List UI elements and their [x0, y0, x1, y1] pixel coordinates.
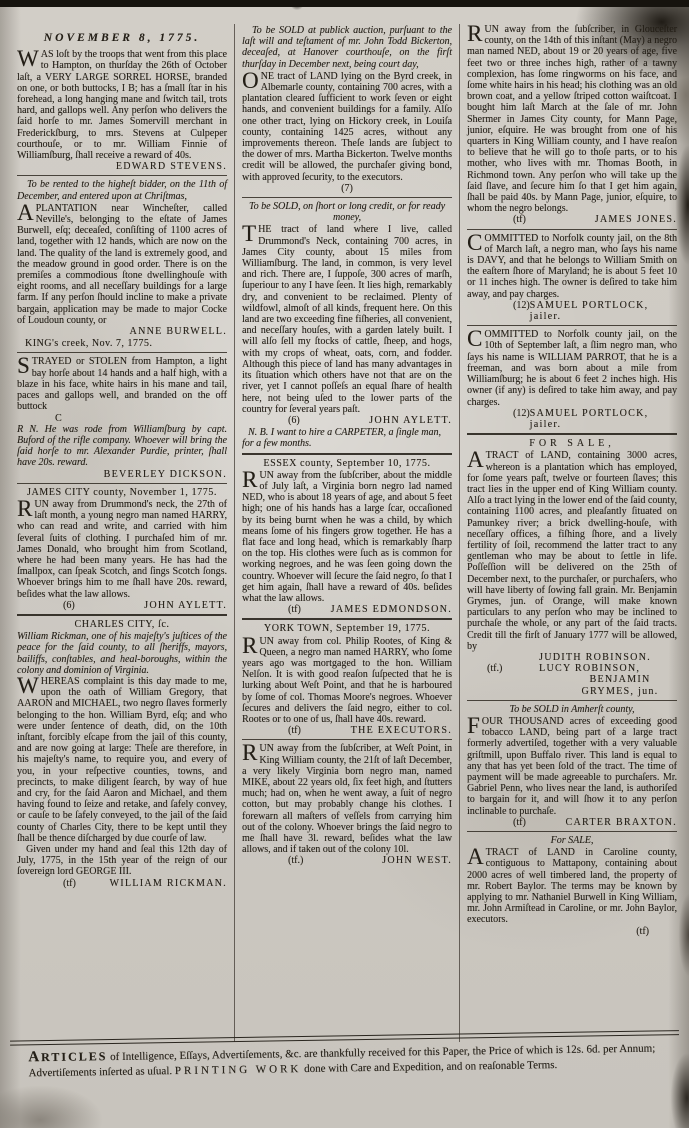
drop-cap: R: [242, 636, 259, 656]
ad-signature-line: (6)JOHN AYLETT.: [242, 415, 452, 426]
ad-ref: (6): [63, 600, 75, 611]
drop-cap: A: [17, 203, 36, 223]
ad-text: HE tract of land where I live, called Dr…: [242, 224, 452, 414]
ad-runaway-harry-yorktown: YORK TOWN, September 19, 1775. RUN away …: [242, 623, 452, 736]
ad-signature-line: (tf)WILLIAM RICKMAN.: [17, 878, 227, 889]
ad-signature-line: (tf.)JOHN WEST.: [242, 855, 452, 866]
column-2: To be SOLD at publick auction, purſuant …: [234, 24, 459, 1042]
ad-text: TRAYED or STOLEN from Hampton, a light b…: [17, 356, 227, 412]
ad-signature: BENJAMIN GRYMES, jun.: [467, 674, 677, 696]
ad-signature: SAMUEL PORTLOCK, jailer.: [530, 300, 677, 322]
ad-ref: (tf.): [288, 855, 303, 866]
ad-signature: ANNE BURWELL.: [130, 326, 227, 337]
drop-cap: F: [467, 716, 482, 736]
ad-dateline: JAMES CITY county, November 1, 1775.: [17, 487, 227, 498]
ad-text: UN away from Drummond's neck, the 27th o…: [17, 499, 227, 600]
ad-body: APLANTATION near Wincheſter, called Nevi…: [17, 203, 227, 326]
ad-signature: JAMES EDMONDSON.: [331, 604, 452, 615]
ad-signature: SAMUEL PORTLOCK, jailer.: [530, 408, 677, 430]
ad-plantation-winchester: To be rented to the higheſt bidder, on t…: [17, 179, 227, 349]
drop-cap: R: [17, 499, 34, 519]
divider-rule: [242, 739, 452, 740]
ad-signature-line: (12)SAMUEL PORTLOCK, jailer.: [467, 408, 677, 430]
imprint-text: ARTICLES of Intelligence, Eſſays, Advert…: [8, 1040, 681, 1081]
newspaper-page: NOVEMBER 8, 1775. WAS loſt by the troops…: [0, 0, 689, 1128]
ad-land-sale-robinson: FOR SALE, ATRACT of LAND, containing 300…: [467, 438, 677, 697]
drop-cap: C: [467, 233, 484, 253]
ad-body: RUN away from Drummond's neck, the 27th …: [17, 499, 227, 600]
ad-text: AS loſt by the troops that went from thi…: [17, 49, 227, 161]
ad-signature: JOHN AYLETT.: [144, 600, 227, 611]
ad-signature-block: JUDITH ROBINSON. (tf.)LUCY ROBINSON, BEN…: [467, 652, 677, 697]
ad-signature: BEVERLEY DICKSON.: [104, 469, 227, 480]
ad-postscript: N. B. I want to hire a CARPETER, a ſingl…: [242, 427, 452, 449]
ad-text: OUR THOUSAND acres of exceeding good tob…: [467, 716, 677, 817]
ad-ref: (12): [513, 408, 530, 430]
ad-signature-line: EDWARD STEVENS.: [17, 161, 227, 172]
imprint-lead: RTICLES: [41, 1049, 107, 1064]
columns-container: NOVEMBER 8, 1775. WAS loſt by the troops…: [10, 24, 684, 1042]
divider-rule: [467, 700, 677, 701]
ad-body: FOUR THOUSAND acres of exceeding good to…: [467, 716, 677, 817]
ad-signature: JOHN WEST.: [382, 855, 452, 866]
ad-text: TRACT of LAND in Caroline county, contig…: [467, 847, 677, 925]
ad-ref: (tf): [288, 604, 301, 615]
drop-cap: R: [242, 470, 259, 490]
ad-signature-line: ANNE BURWELL.: [17, 326, 227, 337]
ad-body: ATRACT of LAND, containing 3000 acres, w…: [467, 450, 677, 652]
ad-committed-william-parrot: COMMITTED to Norfolk county jail, on the…: [467, 329, 677, 430]
ad-signature-line: BEVERLEY DICKSON.: [17, 469, 227, 480]
ad-body: RUN away from the ſubſcriber, about the …: [242, 470, 452, 604]
drop-cap: A: [467, 450, 486, 470]
ad-ref: (tf): [288, 725, 301, 736]
ad-signature: WILLIAM RICKMAN.: [110, 878, 227, 889]
ad-signature-line: (tf)THE EXECUTORS.: [242, 725, 452, 736]
ad-body: WAS loſt by the troops that went from th…: [17, 49, 227, 161]
brand-mark: C: [55, 413, 227, 424]
ad-runaway-mike-westpoint: RUN away from the ſubſcriber, at Weſt Po…: [242, 743, 452, 866]
ad-signature: EDWARD STEVENS.: [116, 161, 227, 172]
ad-strayed-bay-horse: STRAYED or STOLEN from Hampton, a light …: [17, 356, 227, 479]
ad-dateline: YORK TOWN, September 19, 1775.: [242, 623, 452, 634]
ad-text: PLANTATION near Wincheſter, called Nevil…: [17, 203, 227, 326]
ad-ref: (7): [341, 183, 353, 194]
drop-cap: T: [242, 224, 258, 244]
ad-text: TRACT of LAND, containing 3000 acres, wh…: [467, 450, 677, 651]
ad-text: HEREAS complaint is this day made to me,…: [17, 676, 227, 844]
masthead-date: NOVEMBER 8, 1775.: [17, 33, 227, 44]
ad-signature-line: (12)SAMUEL PORTLOCK, jailer.: [467, 300, 677, 322]
ad-ref: (12): [513, 300, 530, 322]
ad-body: WHEREAS complaint is this day made to me…: [17, 676, 227, 844]
divider-rule: [467, 831, 677, 832]
ad-text: UN away from the ſubſcriber, about the m…: [242, 470, 452, 604]
imprint-tail: done with Care and Expedition, and on re…: [301, 1059, 557, 1075]
ad-dateline: CHARLES CITY, ſc.: [17, 619, 227, 630]
ad-body: COMMITTED to Norfolk county jail, on the…: [467, 233, 677, 300]
ad-runaway-ned-essex: ESSEX county, September 10, 1775. RUN aw…: [242, 458, 452, 616]
drop-cap: W: [17, 49, 41, 69]
ad-lost-sorrel-horse: WAS loſt by the troops that went from th…: [17, 49, 227, 172]
divider-rule: [467, 433, 677, 435]
ad-place-date: KING's creek, Nov. 7, 1775.: [25, 338, 227, 349]
ad-ref: (tf): [513, 817, 526, 828]
divider-rule: [467, 229, 677, 230]
divider-rule: [17, 483, 227, 484]
ad-signature: JAMES JONES.: [595, 214, 677, 225]
ad-dateline: ESSEX county, September 10, 1775.: [242, 458, 452, 469]
ad-body: ONE tract of LAND lying on the Byrd cree…: [242, 71, 452, 183]
ad-text-continued: R N. He was rode from Williamſburg by ca…: [17, 424, 227, 469]
ad-body: RUN away from the ſubſcriber, at Weſt Po…: [242, 743, 452, 855]
ad-text: UN away from col. Philip Rootes, of King…: [242, 636, 452, 725]
ad-ref: (tf): [636, 926, 649, 937]
ad-body: RUN away from col. Philip Rootes, of Kin…: [242, 636, 452, 726]
ad-signature-line: (tf)JAMES JONES.: [467, 214, 677, 225]
drop-cap: W: [17, 676, 41, 696]
ad-heading: To be SOLD at publick auction, purſuant …: [242, 25, 452, 70]
divider-rule: [17, 352, 227, 353]
ad-signature: JUDITH ROBINSON.: [467, 652, 677, 663]
ad-signature-line: (7): [242, 183, 452, 194]
ad-runaway-ned-gloucester: RUN away from the ſubſcriber, in Glouceſ…: [467, 24, 677, 226]
column-3: RUN away from the ſubſcriber, in Glouceſ…: [459, 24, 684, 1042]
divider-rule: [242, 197, 452, 198]
ad-bickerton-auction: To be SOLD at publick auction, purſuant …: [242, 25, 452, 194]
divider-rule: [17, 175, 227, 176]
imprint-initial: A: [28, 1049, 41, 1065]
drop-cap: S: [17, 356, 32, 376]
ad-text: OMMITTED to Norfolk county jail, on the …: [467, 233, 677, 300]
ad-signature: LUCY ROBINSON,: [539, 663, 640, 674]
ad-signature: THE EXECUTORS.: [351, 725, 452, 736]
ad-body: COMMITTED to Norfolk county jail, on the…: [467, 329, 677, 407]
drop-cap: A: [467, 847, 486, 867]
ad-body: RUN away from the ſubſcriber, in Glouceſ…: [467, 24, 677, 214]
imprint-printing-work: PRINTING WORK: [175, 1063, 302, 1077]
column-1: NOVEMBER 8, 1775. WAS loſt by the troops…: [10, 24, 234, 1042]
drop-cap: C: [467, 329, 484, 349]
ad-text: UN away from the ſubſcriber, at Weſt Poi…: [242, 743, 452, 855]
ad-heading: FOR SALE,: [467, 438, 677, 449]
ad-text: NE tract of LAND lying on the Byrd creek…: [242, 71, 452, 183]
ad-signature-line: (6)JOHN AYLETT.: [17, 600, 227, 611]
ad-signature-line: (tf): [467, 926, 677, 937]
divider-rule: [17, 614, 227, 616]
ad-preamble: William Rickman, one of his majeſty's ju…: [17, 631, 227, 676]
ad-signature-line: (tf)JAMES EDMONDSON.: [242, 604, 452, 615]
ad-heading: To be SOLD, on ſhort or long credit, or …: [242, 201, 452, 223]
ad-hue-and-cry-rickman: CHARLES CITY, ſc. William Rickman, one o…: [17, 619, 227, 889]
divider-rule: [242, 453, 452, 455]
drop-cap: O: [242, 71, 261, 91]
ad-body: ATRACT of LAND in Caroline county, conti…: [467, 847, 677, 925]
ad-caroline-land-baylor: For SALE, ATRACT of LAND in Caroline cou…: [467, 835, 677, 937]
ad-committed-davy: COMMITTED to Norfolk county jail, on the…: [467, 233, 677, 323]
ad-ref: (tf.): [487, 663, 502, 674]
ad-ref: (tf): [63, 878, 76, 889]
ad-text: UN away from the ſubſcriber, in Glouceſt…: [467, 24, 677, 214]
ad-closing-paragraph: Given under my hand and ſeal this 12th d…: [17, 844, 227, 878]
scan-top-edge: [0, 0, 689, 7]
divider-rule: [467, 325, 677, 326]
divider-rule: [242, 618, 452, 620]
ad-heading: For SALE,: [467, 835, 677, 846]
ad-signature: JOHN AYLETT.: [369, 415, 452, 426]
ad-heading: To be SOLD in Amherſt county,: [467, 704, 677, 715]
drop-cap: R: [467, 24, 484, 44]
ad-amherst-tobacco-land: To be SOLD in Amherſt county, FOUR THOUS…: [467, 704, 677, 828]
ad-ref: (6): [288, 415, 300, 426]
ad-ref: (tf): [513, 214, 526, 225]
ad-runaway-harry-jamescity: JAMES CITY county, November 1, 1775. RUN…: [17, 487, 227, 611]
ad-heading: To be rented to the higheſt bidder, on t…: [17, 179, 227, 201]
drop-cap: R: [242, 743, 259, 763]
ad-signature-line: (tf.)LUCY ROBINSON,: [467, 663, 677, 674]
ad-signature: CARTER BRAXTON.: [565, 817, 677, 828]
ad-body: STRAYED or STOLEN from Hampton, a light …: [17, 356, 227, 412]
ad-signature-line: (tf)CARTER BRAXTON.: [467, 817, 677, 828]
ad-text: OMMITTED to Norfolk county jail, on the …: [467, 329, 677, 407]
ad-drummonds-neck-sale: To be SOLD, on ſhort or long credit, or …: [242, 201, 452, 449]
ad-body: THE tract of land where I live, called D…: [242, 224, 452, 414]
